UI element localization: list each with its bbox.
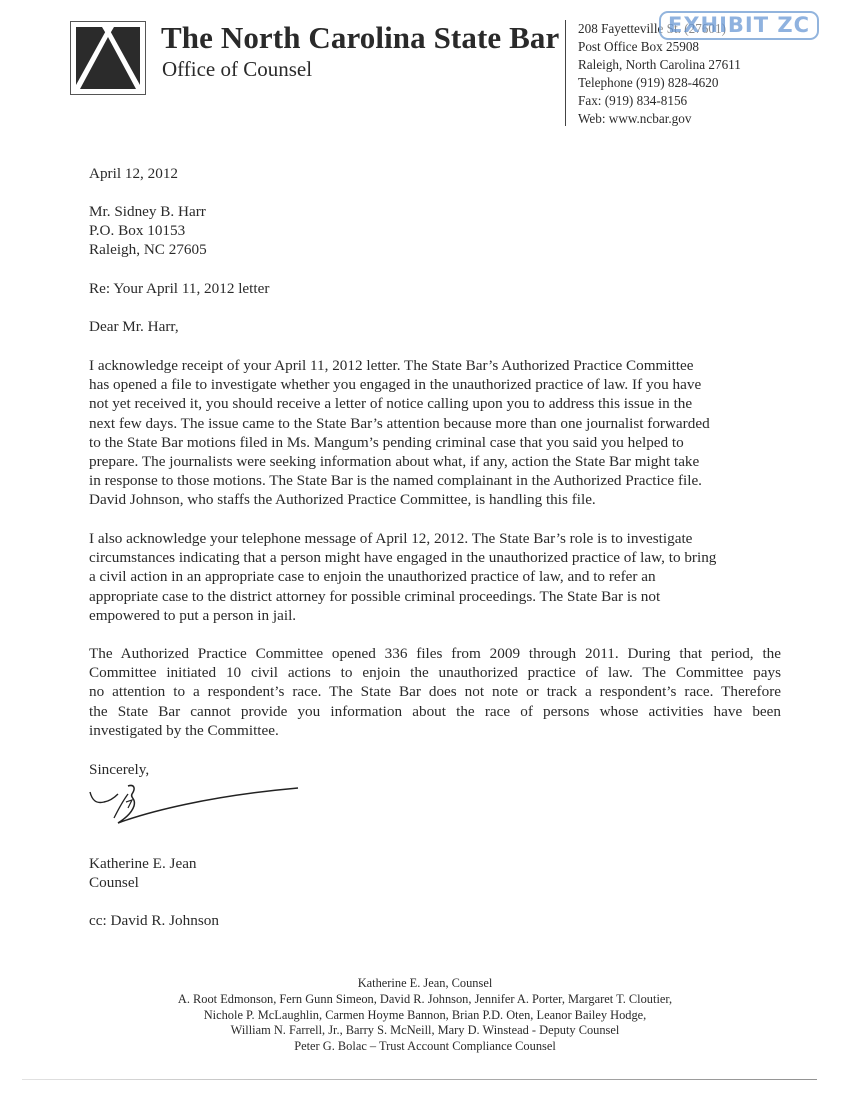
paragraph-line: David Johnson, who staffs the Authorized… — [89, 490, 781, 509]
organization-name: The North Carolina State Bar — [161, 20, 559, 56]
paragraph-line: I acknowledge receipt of your April 11, … — [89, 356, 781, 375]
triangle-logo-icon — [76, 27, 140, 89]
contact-fax: Fax: (919) 834-8156 — [578, 92, 741, 110]
paragraph-line: I also acknowledge your telephone messag… — [89, 529, 781, 548]
paragraph-line: a civil action in an appropriate case to… — [89, 567, 781, 586]
contact-telephone: Telephone (919) 828-4620 — [578, 74, 741, 92]
cc-line: cc: David R. Johnson — [89, 911, 781, 930]
exhibit-stamp: EXHIBIT ZC — [659, 11, 819, 40]
paragraph-line: circumstances indicating that a person m… — [89, 548, 781, 567]
paragraph-line: Committee initiated 10 civil actions to … — [89, 663, 781, 682]
paragraph-1: I acknowledge receipt of your April 11, … — [89, 356, 781, 510]
paragraph-line: no attention to a respondent’s race. The… — [89, 682, 781, 701]
paragraph-line: empowered to put a person in jail. — [89, 606, 781, 625]
contact-web: Web: www.ncbar.gov — [578, 110, 741, 128]
signer-name: Katherine E. Jean — [89, 854, 781, 873]
recipient-name: Mr. Sidney B. Harr — [89, 202, 781, 221]
bottom-rule — [22, 1079, 817, 1080]
state-bar-logo — [70, 21, 146, 95]
paragraph-line: has opened a file to investigate whether… — [89, 375, 781, 394]
recipient-po-box: P.O. Box 10153 — [89, 221, 781, 240]
footer-line: Katherine E. Jean, Counsel — [0, 976, 850, 992]
paragraph-3: The Authorized Practice Committee opened… — [89, 644, 781, 740]
paragraph-line: prepare. The journalists were seeking in… — [89, 452, 781, 471]
re-line: Re: Your April 11, 2012 letter — [89, 279, 781, 298]
paragraph-line: in response to those motions. The State … — [89, 471, 781, 490]
letterhead-divider — [565, 20, 566, 126]
footer-line: A. Root Edmonson, Fern Gunn Simeon, Davi… — [0, 992, 850, 1008]
footer-line: Peter G. Bolac – Trust Account Complianc… — [0, 1039, 850, 1055]
paragraph-line: to the State Bar motions filed in Ms. Ma… — [89, 433, 781, 452]
signer-title: Counsel — [89, 873, 781, 892]
staff-footer: Katherine E. Jean, Counsel A. Root Edmon… — [0, 976, 850, 1055]
paragraph-line: next few days. The issue came to the Sta… — [89, 414, 781, 433]
paragraph-line: The Authorized Practice Committee opened… — [89, 644, 781, 663]
footer-line: Nichole P. McLaughlin, Carmen Hoyme Bann… — [0, 1008, 850, 1024]
paragraph-line: appropriate case to the district attorne… — [89, 587, 781, 606]
paragraph-2: I also acknowledge your telephone messag… — [89, 529, 781, 625]
contact-city: Raleigh, North Carolina 27611 — [578, 56, 741, 74]
letter-date: April 12, 2012 — [89, 164, 781, 183]
recipient-address: Mr. Sidney B. Harr P.O. Box 10153 Raleig… — [89, 202, 781, 260]
handwritten-signature — [88, 780, 308, 845]
office-name: Office of Counsel — [162, 57, 312, 82]
paragraph-line: investigated by the Committee. — [89, 721, 781, 740]
closing: Sincerely, — [89, 760, 781, 779]
recipient-city: Raleigh, NC 27605 — [89, 240, 781, 259]
salutation: Dear Mr. Harr, — [89, 317, 781, 336]
paragraph-line: the State Bar cannot provide you informa… — [89, 702, 781, 721]
footer-line: William N. Farrell, Jr., Barry S. McNeil… — [0, 1023, 850, 1039]
contact-po-box: Post Office Box 25908 — [578, 38, 741, 56]
paragraph-line: not yet received it, you should receive … — [89, 394, 781, 413]
